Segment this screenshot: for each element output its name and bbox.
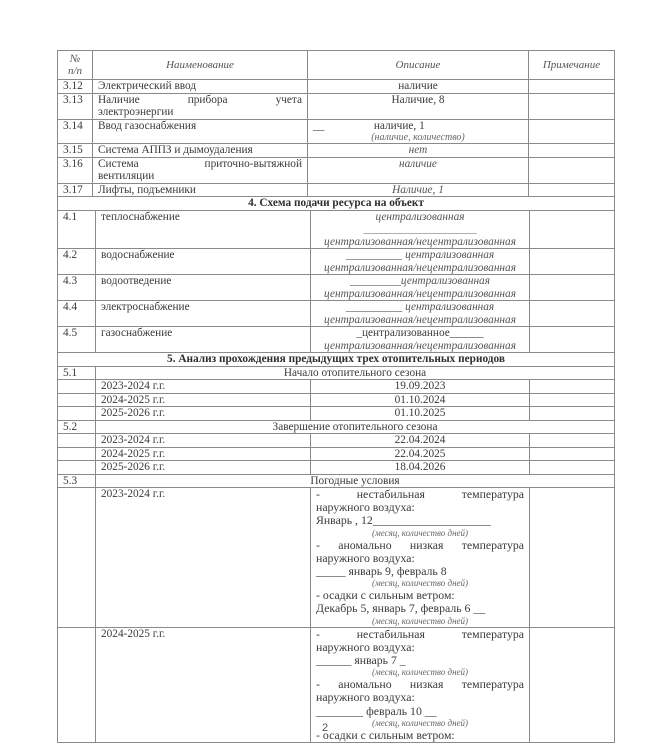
row-name: электроснабжение	[96, 301, 311, 327]
table-row: 3.15 Система АППЗ и дымоудаления нет	[58, 144, 615, 158]
row-desc: __________ централизованная централизова…	[311, 249, 530, 275]
row-name: водоотведение	[96, 275, 311, 301]
row-num: 4.3	[58, 275, 96, 301]
table-row: 3.14 Ввод газоснабжения __наличие, 1 (на…	[58, 119, 615, 144]
row-period: 2023-2024 г.г.	[96, 488, 311, 628]
subsection-row: 5.1 Начало отопительного сезона	[58, 366, 615, 380]
table-row: 3.17 Лифты, подъемники Наличие, 1	[58, 183, 615, 197]
row-desc: _централизованное______ централизованная…	[311, 327, 530, 353]
row-num: 3.16	[58, 157, 93, 183]
row-desc: нет	[308, 144, 529, 158]
row-num: 3.14	[58, 119, 93, 144]
row-note	[530, 447, 615, 461]
row-note	[530, 393, 615, 407]
row-num	[58, 393, 96, 407]
row-num: 4.4	[58, 301, 96, 327]
row-note	[530, 407, 615, 421]
row-num: 5.1	[58, 366, 96, 380]
row-num: 3.13	[58, 93, 93, 119]
row-name: Лифты, подъемники	[93, 183, 308, 197]
subsection-row: 5.2 Завершение отопительного сезона	[58, 420, 615, 434]
row-period: 2025-2026 г.г.	[96, 407, 311, 421]
row-note	[530, 461, 615, 475]
row-desc: Наличие, 8	[308, 93, 529, 119]
subsection-title: Начало отопительного сезона	[96, 366, 615, 380]
row-name: водоснабжение	[96, 249, 311, 275]
row-num: 3.12	[58, 80, 93, 94]
row-num	[58, 434, 96, 448]
row-note	[530, 327, 615, 353]
subsection-title: Погодные условия	[96, 474, 615, 488]
row-num: 4.2	[58, 249, 96, 275]
row-desc: централизованная ____________________ це…	[311, 210, 530, 249]
row-date: 22.04.2025	[311, 447, 530, 461]
row-note	[529, 119, 615, 144]
header-name: Наименование	[93, 51, 308, 80]
section-title: 4. Схема подачи ресурса на объект	[58, 197, 615, 211]
row-desc: __________ централизованная централизова…	[311, 301, 530, 327]
row-num: 4.5	[58, 327, 96, 353]
table-row: 4.2 водоснабжение __________ централизов…	[58, 249, 615, 275]
object-info-table: №п/п Наименование Описание Примечание 3.…	[57, 50, 615, 197]
row-period: 2023-2024 г.г.	[96, 380, 311, 394]
row-desc: наличие	[308, 80, 529, 94]
table-row: 3.12 Электрический ввод наличие	[58, 80, 615, 94]
row-note	[530, 210, 615, 249]
table-row: 2023-2024 г.г. 19.09.2023	[58, 380, 615, 394]
row-date: 18.04.2026	[311, 461, 530, 475]
table-row: 2024-2025 г.г. 22.04.2025	[58, 447, 615, 461]
row-note	[530, 488, 615, 628]
section-4-heading: 4. Схема подачи ресурса на объект	[58, 197, 615, 211]
row-num	[58, 407, 96, 421]
row-name: Наличие прибора учетаэлектроэнергии	[93, 93, 308, 119]
row-desc: _________централизованная централизованн…	[311, 275, 530, 301]
header-note: Примечание	[529, 51, 615, 80]
row-desc: наличие	[308, 157, 529, 183]
row-note	[529, 93, 615, 119]
row-desc: __наличие, 1 (наличие, количество)	[308, 119, 529, 144]
row-note	[530, 301, 615, 327]
table-row: 3.13 Наличие прибора учетаэлектроэнергии…	[58, 93, 615, 119]
table-row: 3.16 Система приточно-вытяжнойвентиляции…	[58, 157, 615, 183]
row-note	[529, 183, 615, 197]
section-5-heading: 5. Анализ прохождения предыдущих трех от…	[58, 353, 615, 367]
row-num: 5.2	[58, 420, 96, 434]
page-number: 2	[0, 722, 650, 734]
row-name: Система приточно-вытяжнойвентиляции	[93, 157, 308, 183]
row-name: Система АППЗ и дымоудаления	[93, 144, 308, 158]
row-desc: Наличие, 1	[308, 183, 529, 197]
row-note	[529, 144, 615, 158]
row-period: 2024-2025 г.г.	[96, 393, 311, 407]
row-num	[58, 461, 96, 475]
row-note	[530, 249, 615, 275]
table-row: 4.1 теплоснабжение централизованная ____…	[58, 210, 615, 249]
section-title: 5. Анализ прохождения предыдущих трех от…	[58, 353, 615, 367]
row-date: 19.09.2023	[311, 380, 530, 394]
row-num: 4.1	[58, 210, 96, 249]
header-num: №п/п	[58, 51, 93, 80]
table-header-row: №п/п Наименование Описание Примечание	[58, 51, 615, 80]
row-num	[58, 447, 96, 461]
row-period: 2024-2025 г.г.	[96, 447, 311, 461]
row-num: 3.15	[58, 144, 93, 158]
row-note	[530, 380, 615, 394]
row-period: 2023-2024 г.г.	[96, 434, 311, 448]
row-note	[530, 434, 615, 448]
table-row: 2025-2026 г.г. 18.04.2026	[58, 461, 615, 475]
row-name: Ввод газоснабжения	[93, 119, 308, 144]
row-date: 22.04.2024	[311, 434, 530, 448]
row-period: 2025-2026 г.г.	[96, 461, 311, 475]
header-description: Описание	[308, 51, 529, 80]
table-row: 2024-2025 г.г. 01.10.2024	[58, 393, 615, 407]
table-row: 4.5 газоснабжение _централизованное_____…	[58, 327, 615, 353]
subsection-row: 5.3 Погодные условия	[58, 474, 615, 488]
row-date: 01.10.2024	[311, 393, 530, 407]
row-num: 3.17	[58, 183, 93, 197]
row-name: газоснабжение	[96, 327, 311, 353]
weather-desc: - нестабильная температура наружного воз…	[311, 488, 530, 628]
document-page: №п/п Наименование Описание Примечание 3.…	[57, 50, 614, 743]
weather-row: 2023-2024 г.г. - нестабильная температур…	[58, 488, 615, 628]
row-num: 5.3	[58, 474, 96, 488]
row-note	[529, 80, 615, 94]
table-row: 2023-2024 г.г. 22.04.2024	[58, 434, 615, 448]
row-note	[530, 275, 615, 301]
row-date: 01.10.2025	[311, 407, 530, 421]
row-name: теплоснабжение	[96, 210, 311, 249]
row-note	[529, 157, 615, 183]
subsection-title: Завершение отопительного сезона	[96, 420, 615, 434]
table-row: 4.3 водоотведение _________централизован…	[58, 275, 615, 301]
row-num	[58, 380, 96, 394]
table-row: 2025-2026 г.г. 01.10.2025	[58, 407, 615, 421]
row-name: Электрический ввод	[93, 80, 308, 94]
table-row: 4.4 электроснабжение __________ централи…	[58, 301, 615, 327]
row-num	[58, 488, 96, 628]
resource-and-seasons-table: 4. Схема подачи ресурса на объект 4.1 те…	[57, 196, 615, 743]
